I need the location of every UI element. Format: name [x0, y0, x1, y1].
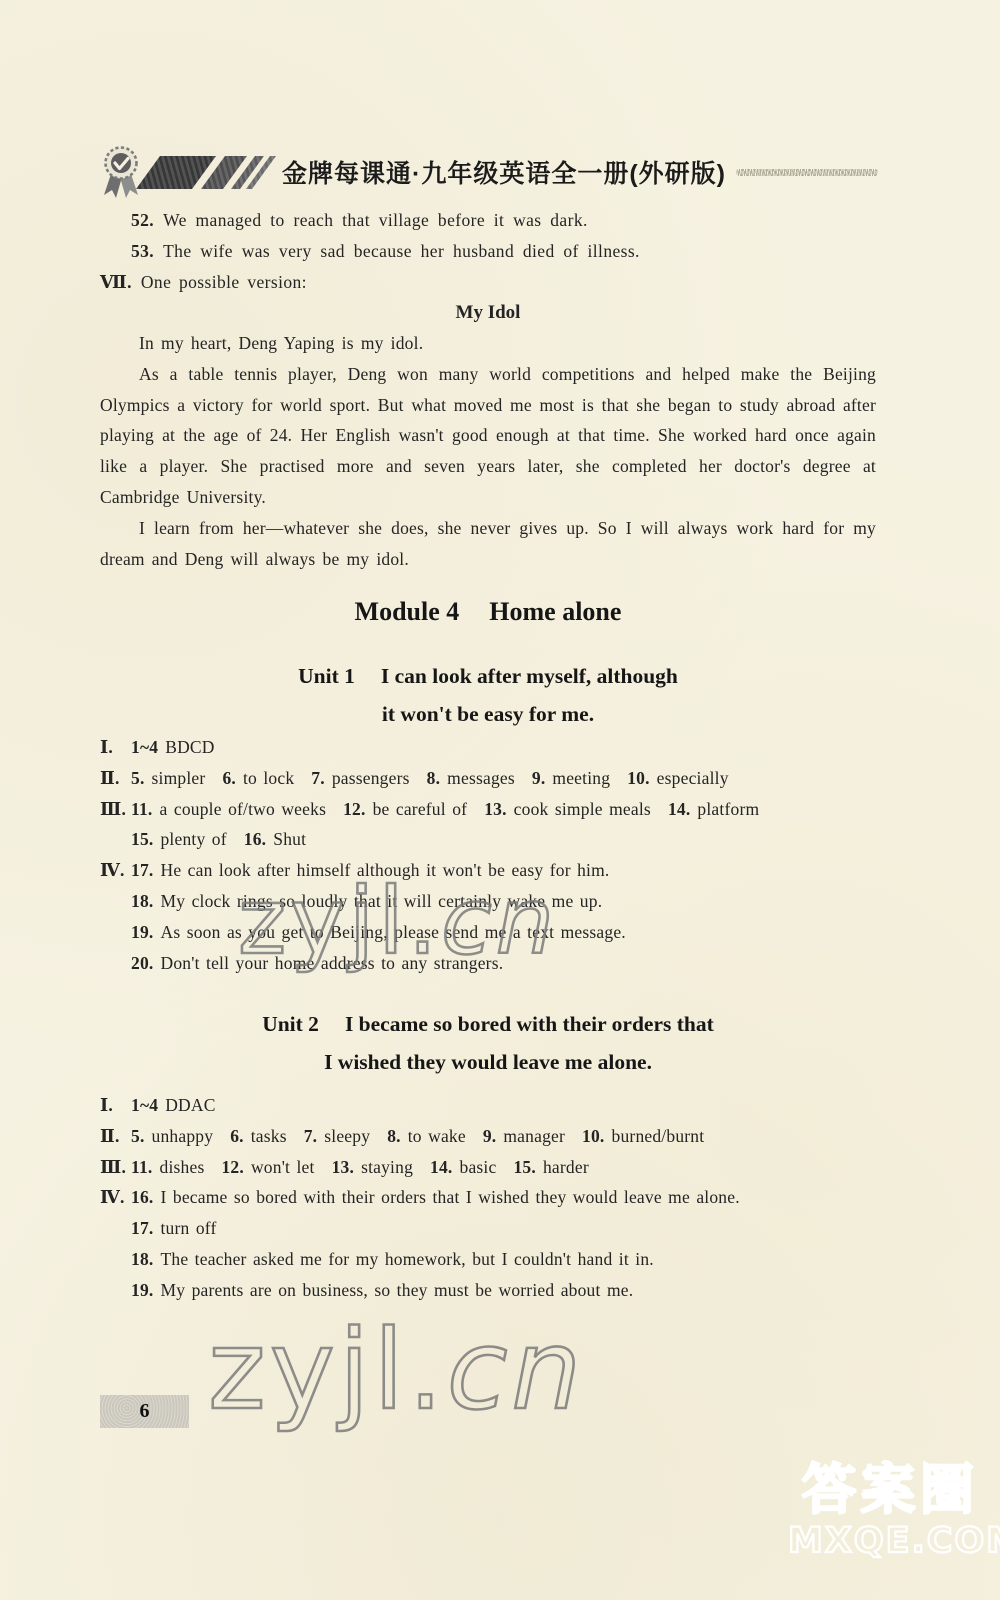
answer-items: 19.My parents are on business, so they m… — [131, 1280, 650, 1300]
answer-text: be careful of — [373, 799, 468, 819]
answer-number: 52. — [131, 210, 154, 230]
answer-line: 53.The wife was very sad because her hus… — [100, 236, 876, 267]
answer-item: 14.platform — [668, 799, 759, 819]
answer-number: 19. — [131, 1280, 153, 1300]
answer-item: 16.Shut — [244, 829, 306, 849]
answer-text: I became so bored with their orders that… — [160, 1187, 739, 1207]
answer-number: 8. — [427, 768, 441, 788]
answer-text: Shut — [273, 829, 306, 849]
answer-text: won't let — [251, 1157, 315, 1177]
answer-number: 10. — [582, 1126, 604, 1146]
unit-label: Unit 2 — [262, 1005, 319, 1043]
site-watermark: MXQE.COM — [788, 1520, 993, 1562]
unit2-answers: Ⅰ. 1~4DDAC Ⅱ. 5.unhappy6.tasks7.sleepy8.… — [100, 1090, 876, 1306]
answer-number: 9. — [532, 768, 546, 788]
answer-item: 12.won't let — [221, 1157, 314, 1177]
answer-line: Ⅲ. 11.a couple of/two weeks12.be careful… — [100, 794, 876, 825]
answer-text: sleepy — [324, 1126, 370, 1146]
answer-number: 15. — [131, 829, 153, 849]
page-header: 金牌每课通·九年级英语全一册(外研版) — [98, 144, 878, 200]
answer-number: 11. — [131, 799, 153, 819]
answer-items: 1~4BDCD — [131, 737, 232, 757]
book-title: 金牌每课通·九年级英语全一册(外研版) — [282, 154, 726, 190]
answer-items: 17.turn off — [131, 1218, 234, 1238]
answer-item: 9.manager — [483, 1126, 565, 1146]
answer-item: 11.dishes — [131, 1157, 204, 1177]
answer-number: 53. — [131, 241, 154, 261]
answer-text: harder — [543, 1157, 589, 1177]
unit-label: Unit 1 — [298, 657, 355, 695]
watermark-text: zyjl. — [238, 868, 441, 975]
roman-label: Ⅳ. — [100, 855, 125, 886]
answer-text: The wife was very sad because her husban… — [163, 241, 640, 261]
unit2-heading-line1: Unit 2 I became so bored with their orde… — [100, 1005, 876, 1043]
unit1-heading-line2: it won't be easy for me. — [100, 695, 876, 733]
answer-text: DDAC — [165, 1095, 215, 1115]
scanned-workbook-page: 金牌每课通·九年级英语全一册(外研版) 52.We managed to rea… — [0, 0, 1000, 1600]
essay-paragraph: In my heart, Deng Yaping is my idol. — [100, 328, 876, 359]
unit-title: I became so bored with their orders that — [345, 1005, 714, 1043]
answer-number: 19. — [131, 922, 153, 942]
answer-item: 14.basic — [430, 1157, 496, 1177]
answer-items: 11.a couple of/two weeks12.be careful of… — [131, 799, 776, 819]
roman-label: Ⅱ. — [100, 1121, 120, 1152]
answer-items: 5.simpler6.to lock7.passengers8.messages… — [131, 768, 746, 788]
answer-text: dishes — [160, 1157, 205, 1177]
answer-item: 9.meeting — [532, 768, 610, 788]
answer-item: 18.The teacher asked me for my homework,… — [131, 1249, 654, 1269]
diagonal-watermark-bottom: zyjl.cn — [208, 1306, 585, 1434]
answer-number: 17. — [131, 1218, 153, 1238]
header-decorative-rule — [736, 169, 878, 176]
unit2-heading: Unit 2 I became so bored with their orde… — [100, 1005, 876, 1081]
page-number-box: 6 — [100, 1395, 189, 1428]
answer-text: to wake — [408, 1126, 466, 1146]
answer-item: 15.harder — [513, 1157, 588, 1177]
watermark-suffix: cn — [441, 868, 558, 975]
roman-label: Ⅱ. — [100, 763, 120, 794]
answer-item: 13.staying — [332, 1157, 413, 1177]
answer-text: platform — [697, 799, 759, 819]
answer-number: 13. — [484, 799, 506, 819]
roman-label: Ⅶ. — [100, 272, 132, 292]
roman-label: Ⅲ. — [100, 1152, 126, 1183]
top-answer-block: 52.We managed to reach that village befo… — [100, 205, 876, 297]
answer-number: 14. — [430, 1157, 452, 1177]
answer-text: messages — [447, 768, 515, 788]
answer-text: unhappy — [152, 1126, 214, 1146]
answer-number: 1~4 — [131, 737, 158, 757]
essay-body: In my heart, Deng Yaping is my idol.As a… — [100, 328, 876, 574]
answer-text: BDCD — [165, 737, 214, 757]
answer-number: 17. — [131, 860, 153, 880]
section-vii-text: One possible version: — [141, 272, 307, 292]
answer-text: a couple of/two weeks — [160, 799, 327, 819]
page-number: 6 — [140, 1400, 150, 1423]
answer-items: 1~4DDAC — [131, 1095, 233, 1115]
answer-text: simpler — [152, 768, 206, 788]
answer-text: My parents are on business, so they must… — [160, 1280, 633, 1300]
answer-number: 10. — [627, 768, 649, 788]
answer-number: 16. — [244, 829, 266, 849]
module-label: Module 4 — [355, 595, 460, 629]
diagonal-watermark-middle: zyjl.cn — [238, 868, 558, 975]
answer-item: 16.I became so bored with their orders t… — [131, 1187, 740, 1207]
top-answer-lines: 52.We managed to reach that village befo… — [100, 205, 876, 267]
answer-item: 6.to lock — [222, 768, 294, 788]
answer-items: 5.unhappy6.tasks7.sleepy8.to wake9.manag… — [131, 1126, 721, 1146]
answer-line: 15.plenty of16.Shut — [100, 824, 876, 855]
answer-line: 17.turn off — [100, 1213, 876, 1244]
answer-number: 15. — [513, 1157, 535, 1177]
answer-circle-watermark: 答案圈 MXQE.COM — [788, 1460, 993, 1562]
answer-item: 1~4DDAC — [131, 1095, 216, 1115]
answer-circle-text: 答案圈 — [788, 1460, 993, 1520]
answer-item: 5.unhappy — [131, 1126, 213, 1146]
answer-line: Ⅲ. 11.dishes12.won't let13.staying14.bas… — [100, 1152, 876, 1183]
answer-line: Ⅰ. 1~4DDAC — [100, 1090, 876, 1121]
module-heading: Module 4 Home alone — [100, 595, 876, 629]
answer-item: 1~4BDCD — [131, 737, 215, 757]
answer-text: plenty of — [160, 829, 226, 849]
answer-line: 18.The teacher asked me for my homework,… — [100, 1244, 876, 1275]
answer-number: 6. — [230, 1126, 244, 1146]
answer-number: 12. — [221, 1157, 243, 1177]
answer-line: 19.My parents are on business, so they m… — [100, 1275, 876, 1306]
answer-item: 7.passengers — [311, 768, 409, 788]
answer-text: meeting — [552, 768, 610, 788]
answer-number: 20. — [131, 953, 153, 973]
roman-label: Ⅲ. — [100, 794, 126, 825]
answer-text: We managed to reach that village before … — [163, 210, 588, 230]
answer-item: 13.cook simple meals — [484, 799, 651, 819]
answer-item: 5.simpler — [131, 768, 205, 788]
answer-line: Ⅱ. 5.simpler6.to lock7.passengers8.messa… — [100, 763, 876, 794]
section-vii-line: Ⅶ.One possible version: — [100, 267, 876, 298]
watermark-text: zyjl. — [208, 1306, 447, 1434]
answer-line: Ⅰ. 1~4BDCD — [100, 732, 876, 763]
essay-paragraph: I learn from her—whatever she does, she … — [100, 513, 876, 575]
unit-title: I can look after myself, although — [381, 657, 678, 695]
unit1-heading: Unit 1 I can look after myself, although… — [100, 657, 876, 733]
answer-number: 9. — [483, 1126, 497, 1146]
answer-line: Ⅱ. 5.unhappy6.tasks7.sleepy8.to wake9.ma… — [100, 1121, 876, 1152]
module-name: Home alone — [489, 595, 621, 629]
answer-number: 12. — [343, 799, 365, 819]
answer-items: 16.I became so bored with their orders t… — [131, 1187, 757, 1207]
answer-number: 14. — [668, 799, 690, 819]
answer-item: 11.a couple of/two weeks — [131, 799, 326, 819]
answer-text: tasks — [251, 1126, 287, 1146]
roman-label: Ⅰ. — [100, 1090, 113, 1121]
answer-item: 8.messages — [427, 768, 515, 788]
answer-text: staying — [361, 1157, 413, 1177]
answer-text: The teacher asked me for my homework, bu… — [160, 1249, 653, 1269]
answer-number: 5. — [131, 1126, 145, 1146]
answer-item: 6.tasks — [230, 1126, 287, 1146]
answer-items: 11.dishes12.won't let13.staying14.basic1… — [131, 1157, 606, 1177]
answer-number: 7. — [304, 1126, 318, 1146]
answer-text: burned/burnt — [612, 1126, 705, 1146]
watermark-suffix: cn — [447, 1306, 585, 1434]
answer-items: 15.plenty of16.Shut — [131, 829, 323, 849]
answer-number: 5. — [131, 768, 145, 788]
answer-line: 52.We managed to reach that village befo… — [100, 205, 876, 236]
answer-item: 12.be careful of — [343, 799, 467, 819]
answer-number: 18. — [131, 891, 153, 911]
medal-icon — [98, 144, 144, 200]
answer-number: 6. — [222, 768, 236, 788]
essay-paragraph: As a table tennis player, Deng won many … — [100, 359, 876, 513]
answer-line: Ⅳ. 16.I became so bored with their order… — [100, 1182, 876, 1213]
answer-item: 15.plenty of — [131, 829, 227, 849]
answer-number: 13. — [332, 1157, 354, 1177]
answer-number: 18. — [131, 1249, 153, 1269]
answer-text: passengers — [332, 768, 410, 788]
roman-label: Ⅰ. — [100, 732, 113, 763]
answer-number: 16. — [131, 1187, 153, 1207]
answer-number: 7. — [311, 768, 325, 788]
roman-label: Ⅳ. — [100, 1182, 125, 1213]
answer-number: 11. — [131, 1157, 153, 1177]
essay-title: My Idol — [100, 300, 876, 326]
answer-item: 10.especially — [627, 768, 728, 788]
answer-text: especially — [657, 768, 729, 788]
answer-item: 8.to wake — [387, 1126, 466, 1146]
answer-item: 10.burned/burnt — [582, 1126, 704, 1146]
answer-items: 18.The teacher asked me for my homework,… — [131, 1249, 671, 1269]
answer-number: 1~4 — [131, 1095, 158, 1115]
answer-text: manager — [503, 1126, 565, 1146]
answer-text: turn off — [160, 1218, 216, 1238]
answer-text: basic — [460, 1157, 497, 1177]
answer-item: 7.sleepy — [304, 1126, 370, 1146]
answer-number: 8. — [387, 1126, 401, 1146]
unit1-heading-line1: Unit 1 I can look after myself, although — [100, 657, 876, 695]
answer-text: to lock — [243, 768, 294, 788]
answer-text: cook simple meals — [514, 799, 651, 819]
unit2-heading-line2: I wished they would leave me alone. — [100, 1043, 876, 1081]
answer-item: 19.My parents are on business, so they m… — [131, 1280, 633, 1300]
answer-item: 17.turn off — [131, 1218, 217, 1238]
